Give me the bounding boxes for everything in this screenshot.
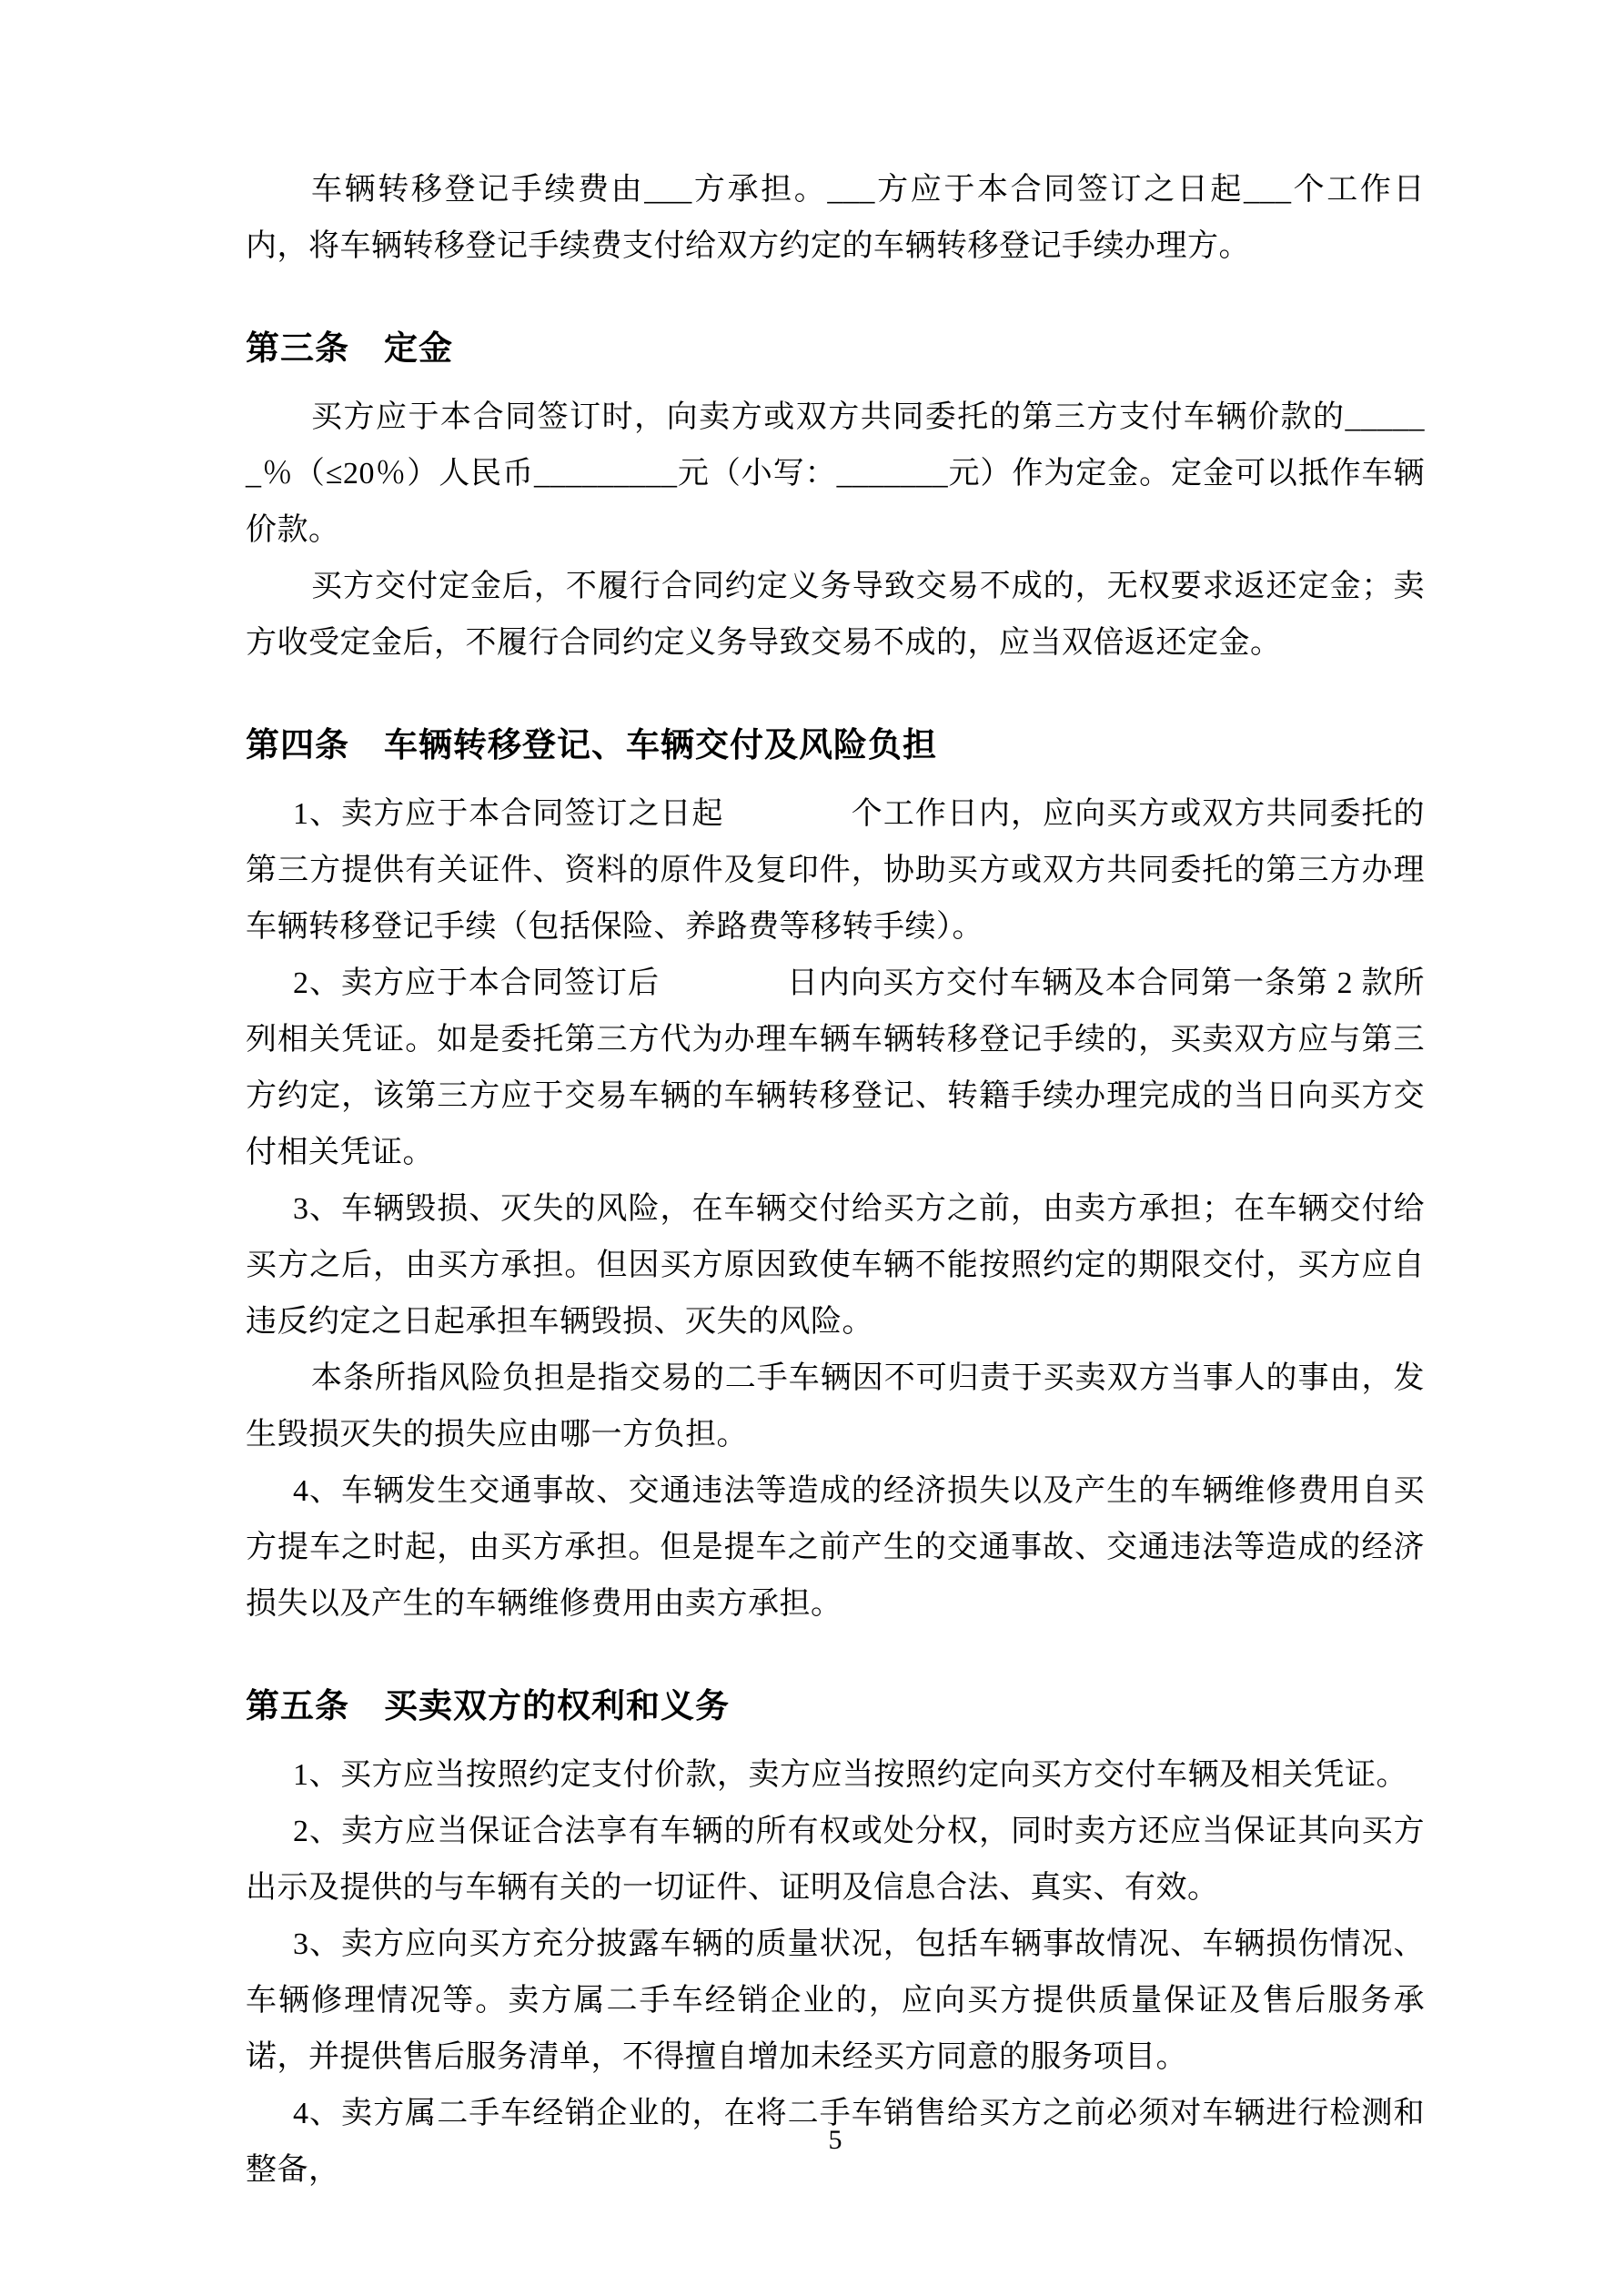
contract-page: 车辆转移登记手续费由___方承担。___方应于本合同签订之日起___个工作日内，… xyxy=(0,0,1624,2296)
paragraph: 4、车辆发生交通事故、交通违法等造成的经济损失以及产生的车辆维修费用自买方提车之… xyxy=(246,1463,1425,1633)
document-body: 车辆转移登记手续费由___方承担。___方应于本合同签订之日起___个工作日内，… xyxy=(246,162,1425,2199)
page-number: 5 xyxy=(246,2120,1425,2160)
paragraph: 2、卖方应当保证合法享有车辆的所有权或处分权，同时卖方还应当保证其向买方出示及提… xyxy=(246,1804,1425,1917)
section-heading: 第三条 定金 xyxy=(246,320,1425,377)
paragraph: 1、买方应当按照约定支付价款，卖方应当按照约定向买方交付车辆及相关凭证。 xyxy=(246,1747,1425,1804)
paragraph: 车辆转移登记手续费由___方承担。___方应于本合同签订之日起___个工作日内，… xyxy=(246,162,1425,275)
paragraph: 买方交付定金后，不履行合同约定义务导致交易不成的，无权要求返还定金；卖方收受定金… xyxy=(246,559,1425,672)
paragraph: 3、车辆毁损、灭失的风险，在车辆交付给买方之前，由卖方承担；在车辆交付给买方之后… xyxy=(246,1181,1425,1350)
paragraph: 2、卖方应于本合同签订后 日内向买方交付车辆及本合同第一条第 2 款所列相关凭证… xyxy=(246,956,1425,1181)
paragraph: 本条所指风险负担是指交易的二手车辆因不可归责于买卖双方当事人的事由，发生毁损灭失… xyxy=(246,1350,1425,1463)
section-heading: 第五条 买卖双方的权利和义务 xyxy=(246,1678,1425,1735)
paragraph: 买方应于本合同签订时，向卖方或双方共同委托的第三方支付车辆价款的______％（… xyxy=(246,389,1425,559)
paragraph: 1、卖方应于本合同签订之日起 个工作日内，应向买方或双方共同委托的第三方提供有关… xyxy=(246,786,1425,956)
paragraph: 3、卖方应向买方充分披露车辆的质量状况，包括车辆事故情况、车辆损伤情况、车辆修理… xyxy=(246,1917,1425,2086)
section-heading: 第四条 车辆转移登记、车辆交付及风险负担 xyxy=(246,717,1425,774)
